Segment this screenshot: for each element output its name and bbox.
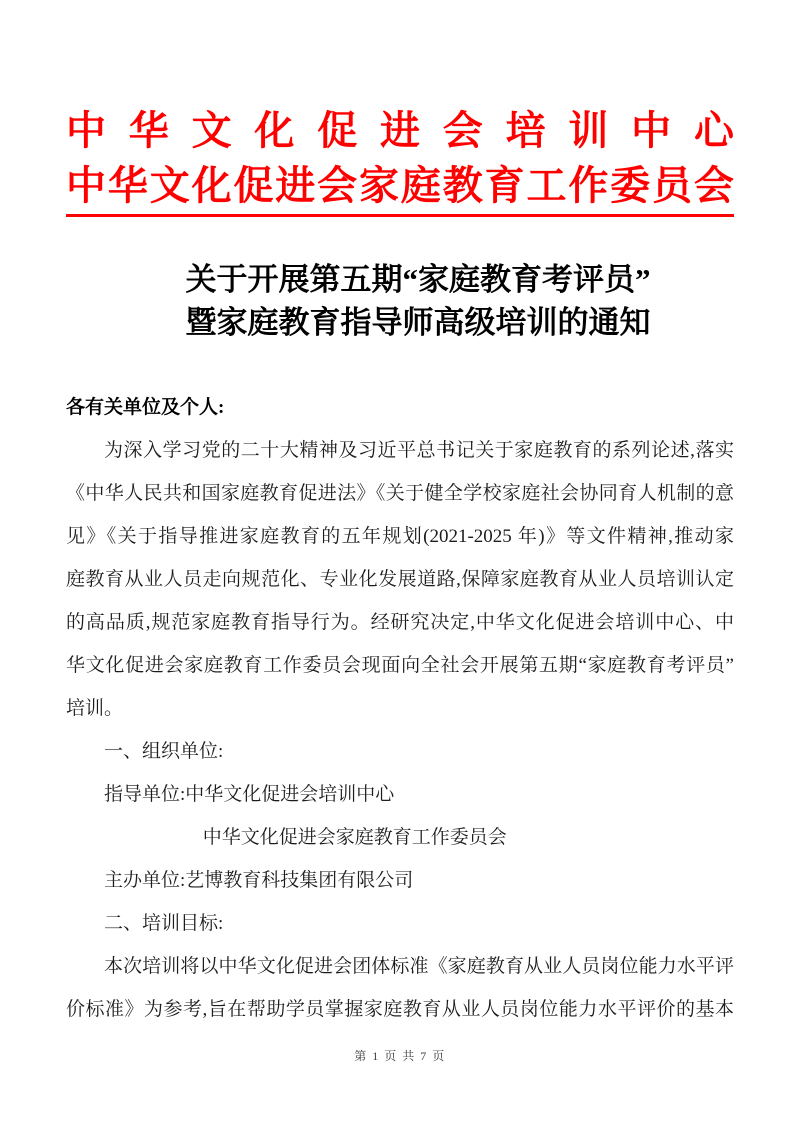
body-text: 各有关单位及个人: 为深入学习党的二十大精神及习近平总书记关于家庭教育的系列论述… [66, 386, 734, 1031]
body-line: 二、培训目标: [66, 902, 734, 945]
org-header-char: 中 [631, 104, 671, 159]
body-line: 华文化促进会家庭教育工作委员会现面向全社会开展第五期“家庭教育考评员” [66, 644, 734, 687]
org-header-line2: 中华文化促进会家庭教育工作委员会 [66, 159, 734, 214]
body-line: 中华文化促进会家庭教育工作委员会 [66, 816, 734, 859]
body-line: 价标准》为参考,旨在帮助学员掌握家庭教育从业人员岗位能力水平评价的基本 [66, 988, 734, 1031]
notice-title: 关于开展第五期“家庭教育考评员” 暨家庭教育指导师高级培训的通知 [18, 258, 800, 344]
body-line: 本次培训将以中华文化促进会团体标准《家庭教育从业人员岗位能力水平评 [66, 945, 734, 988]
org-header-char: 家 [359, 159, 399, 214]
org-header-char: 促 [317, 104, 357, 159]
body-line: 见》《关于指导推进家庭教育的五年规划(2021-2025 年)》等文件精神,推动… [66, 515, 734, 558]
org-header-char: 文 [150, 159, 190, 214]
org-header: 中华文化促进会培训中心 中华文化促进会家庭教育工作委员会 [66, 104, 734, 214]
body-line: 指导单位:中华文化促进会培训中心 [66, 773, 734, 816]
body-line: 庭教育从业人员走向规范化、专业化发展道路,保障家庭教育从业人员培训认定 [66, 558, 734, 601]
org-header-line1: 中华文化促进会培训中心 [66, 104, 734, 159]
org-header-char: 中 [66, 104, 106, 159]
org-header-char: 华 [108, 159, 148, 214]
notice-title-line1: 关于开展第五期“家庭教育考评员” [18, 258, 800, 301]
org-header-char: 培 [506, 104, 546, 159]
org-header-char: 作 [568, 159, 608, 214]
salutation: 各有关单位及个人: [66, 386, 734, 429]
org-header-char: 会 [317, 159, 357, 214]
org-header-char: 训 [568, 104, 608, 159]
org-header-char: 促 [233, 159, 273, 214]
header-divider-rule [66, 214, 734, 217]
body-lines: 为深入学习党的二十大精神及习近平总书记关于家庭教育的系列论述,落实《中华人民共和… [66, 429, 734, 1031]
org-header-char: 会 [443, 104, 483, 159]
org-header-char: 文 [192, 104, 232, 159]
page-footer: 第 1 页 共 7 页 [0, 1048, 800, 1064]
org-header-char: 华 [129, 104, 169, 159]
body-line: 一、组织单位: [66, 730, 734, 773]
org-header-char: 心 [694, 104, 734, 159]
org-header-char: 工 [526, 159, 566, 214]
org-header-char: 庭 [401, 159, 441, 214]
body-line: 《中华人民共和国家庭教育促进法》《关于健全学校家庭社会协同育人机制的意 [66, 472, 734, 515]
org-header-char: 进 [275, 159, 315, 214]
org-header-char: 员 [652, 159, 692, 214]
org-header-char: 教 [443, 159, 483, 214]
body-line: 主办单位:艺博教育科技集团有限公司 [66, 859, 734, 902]
org-header-char: 会 [694, 159, 734, 214]
body-line: 的高品质,规范家庭教育指导行为。经研究决定,中华文化促进会培训中心、中 [66, 601, 734, 644]
notice-title-line2: 暨家庭教育指导师高级培训的通知 [18, 301, 800, 344]
org-header-char: 进 [380, 104, 420, 159]
document-page: 中华文化促进会培训中心 中华文化促进会家庭教育工作委员会 关于开展第五期“家庭教… [0, 0, 800, 1131]
body-line: 为深入学习党的二十大精神及习近平总书记关于家庭教育的系列论述,落实 [66, 429, 734, 472]
org-header-char: 育 [485, 159, 525, 214]
org-header-char: 化 [192, 159, 232, 214]
body-line: 培训。 [66, 687, 734, 730]
org-header-char: 化 [254, 104, 294, 159]
org-header-char: 中 [66, 159, 106, 214]
org-header-char: 委 [610, 159, 650, 214]
